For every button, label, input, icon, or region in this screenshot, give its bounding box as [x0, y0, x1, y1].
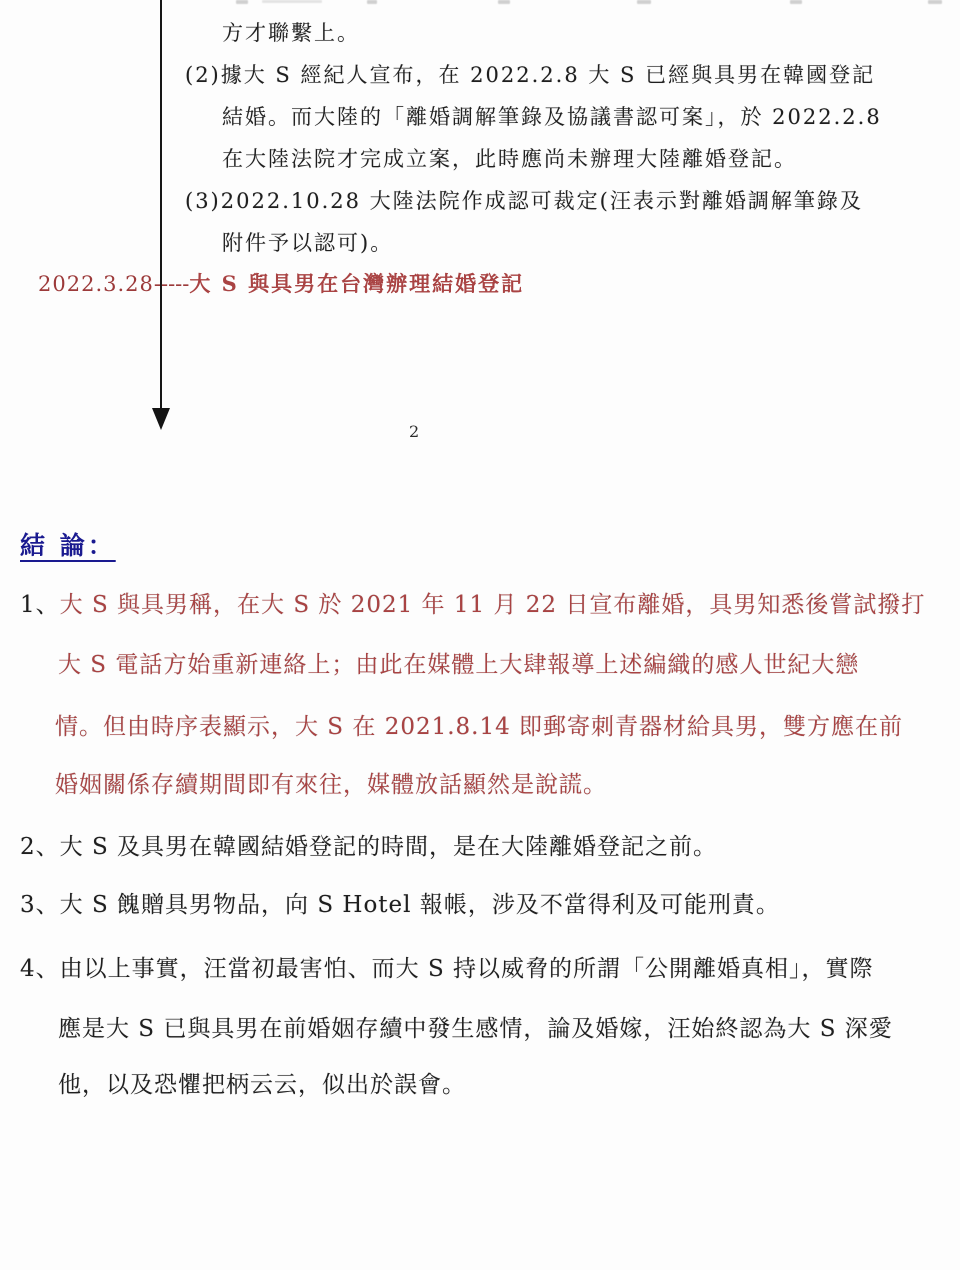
- timeline-line: (2)據大 S 經紀人宣布，在 2022.2.8 大 S 已經與具男在韓國登記: [185, 59, 875, 89]
- item-number: 3、: [20, 892, 60, 918]
- item-text: 大 S 與具男稱，在大 S 於 2021 年 11 月 22 日宣布離婚，具男知…: [60, 592, 926, 618]
- conclusion-item-1-line-2: 大 S 電話方始重新連絡上；由此在媒體上大肆報導上述編織的感人世紀大戀: [58, 646, 859, 679]
- event-date: 2022.3.28: [38, 272, 154, 296]
- timeline-line: (3)2022.10.28 大陸法院作成認可裁定(汪表示對離婚調解筆錄及: [185, 185, 863, 215]
- conclusion-item-4-line-2: 應是大 S 已與具男在前婚姻存續中發生感情，論及婚嫁，汪始終認為大 S 深愛: [58, 1010, 893, 1043]
- conclusion-item-1-line-4: 婚姻關係存續期間即有來往，媒體放話顯然是說謊。: [55, 766, 607, 799]
- conclusion-item-1-line-1: 1、大 S 與具男稱，在大 S 於 2021 年 11 月 22 日宣布離婚，具…: [20, 586, 925, 619]
- timeline-event-red: 2022.3.28-----大 S 與具男在台灣辦理結婚登記: [38, 268, 524, 298]
- item-number: 2、: [20, 834, 60, 860]
- item-text: 由以上事實，汪當初最害怕、而大 S 持以威脅的所謂「公開離婚真相」，實際: [60, 956, 874, 982]
- timeline-arrow-down-icon: [152, 408, 170, 430]
- glyph-fragment: [790, 0, 802, 4]
- timeline-line: 結婚。而大陸的「離婚調解筆錄及協議書認可案」，於 2022.2.8: [222, 101, 882, 131]
- conclusion-item-2-line-1: 2、大 S 及具男在韓國結婚登記的時間，是在大陸離婚登記之前。: [20, 828, 717, 861]
- conclusion-item-1-line-3: 情。但由時序表顯示，大 S 在 2021.8.14 即郵寄刺青器材給具男，雙方應…: [55, 708, 903, 741]
- item-text: 大 S 及具男在韓國結婚登記的時間，是在大陸離婚登記之前。: [60, 834, 717, 860]
- glyph-fragment: [236, 0, 248, 4]
- glyph-fragment: [928, 0, 942, 4]
- event-connector: -----: [154, 272, 189, 296]
- timeline-line: 附件予以認可)。: [222, 227, 393, 257]
- timeline-line: 在大陸法院才完成立案，此時應尚未辦理大陸離婚登記。: [222, 143, 797, 173]
- glyph-fragment: [262, 0, 322, 3]
- conclusion-item-3-line-1: 3、大 S 餽贈具男物品，向 S Hotel 報帳，涉及不當得利及可能刑責。: [20, 886, 780, 919]
- item-number: 4、: [20, 956, 60, 982]
- timeline-line: 方才聯繫上。: [222, 17, 360, 47]
- page-number: 2: [409, 422, 419, 441]
- glyph-fragment: [637, 0, 651, 4]
- glyph-fragment: [498, 0, 510, 4]
- glyph-fragment: [367, 0, 377, 4]
- conclusion-item-4-line-1: 4、由以上事實，汪當初最害怕、而大 S 持以威脅的所謂「公開離婚真相」，實際: [20, 950, 874, 983]
- event-label: 大 S 與具男在台灣辦理結婚登記: [189, 271, 524, 296]
- conclusion-item-4-line-3: 他，以及恐懼把柄云云，似出於誤會。: [58, 1066, 466, 1099]
- item-number: 1、: [20, 592, 60, 618]
- conclusion-heading: 結 論：: [20, 526, 116, 562]
- timeline-axis-line: [160, 0, 162, 412]
- item-text: 大 S 餽贈具男物品，向 S Hotel 報帳，涉及不當得利及可能刑責。: [60, 892, 780, 918]
